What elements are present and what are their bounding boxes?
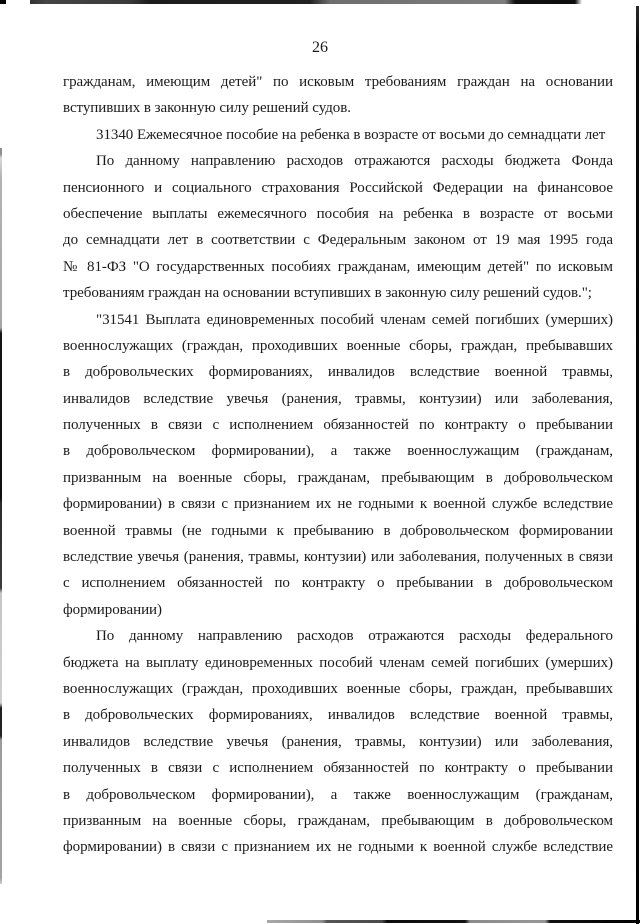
- text-line: в добровольческом формировании), а также…: [63, 782, 613, 808]
- text-line: призванным на военные сборы, гражданам, …: [63, 808, 613, 834]
- text-line: вследствие увечья (ранения, травмы, конт…: [63, 544, 613, 570]
- text-line: инвалидов вследствие увечья (ранения, тр…: [63, 729, 613, 755]
- text-line: формировании) в связи с признанием их не…: [63, 834, 613, 860]
- text-line: требованиям граждан на основании вступив…: [63, 280, 613, 306]
- text-line: № 81-ФЗ "О государственных пособиях граж…: [63, 254, 613, 280]
- text-line: с исполнением обязанностей по контракту …: [63, 570, 613, 596]
- text-line: в добровольческом формировании), а также…: [63, 438, 613, 464]
- text-line: формировании): [63, 597, 613, 623]
- text-line: в добровольческих формированиях, инвалид…: [63, 702, 613, 728]
- text-line: 31340 Ежемесячное пособие на ребенка в в…: [63, 122, 613, 148]
- scan-artifact-left-edge: [0, 148, 2, 884]
- text-line: военнослужащих (граждан, проходивших вое…: [63, 333, 613, 359]
- text-line: в добровольческих формированиях, инвалид…: [63, 359, 613, 385]
- text-line: вступивших в законную силу решений судов…: [63, 95, 613, 121]
- text-line: гражданам, имеющим детей" по исковым тре…: [63, 69, 613, 95]
- text-line: военнослужащих (граждан, проходивших вое…: [63, 676, 613, 702]
- text-line: призванным на военные сборы, гражданам, …: [63, 465, 613, 491]
- scan-artifact-bottom-edge: [267, 920, 640, 923]
- text-line: полученных в связи с исполнением обязанн…: [63, 755, 613, 781]
- text-line: военной травмы (не годными к пребыванию …: [63, 518, 613, 544]
- text-line: пенсионного и социального страхования Ро…: [63, 175, 613, 201]
- text-line: бюджета на выплату единовременных пособи…: [63, 650, 613, 676]
- text-line: "31541 Выплата единовременных пособий чл…: [63, 307, 613, 333]
- text-line: По данному направлению расходов отражают…: [63, 148, 613, 174]
- scan-artifact-right-edge: [636, 6, 639, 924]
- text-line: По данному направлению расходов отражают…: [63, 623, 613, 649]
- text-line: полученных в связи с исполнением обязанн…: [63, 412, 613, 438]
- text-line: формировании) в связи с признанием их не…: [63, 491, 613, 517]
- text-block: гражданам, имеющим детей" по исковым тре…: [63, 69, 613, 861]
- page-number: 26: [0, 39, 640, 57]
- scan-artifact-top-edge: [0, 0, 640, 4]
- text-line: инвалидов вследствие увечья (ранения, тр…: [63, 386, 613, 412]
- document-page: 26 гражданам, имеющим детей" по исковым …: [0, 0, 640, 924]
- text-line: до семнадцати лет в соответствии с Федер…: [63, 227, 613, 253]
- text-line: обеспечение выплаты ежемесячного пособия…: [63, 201, 613, 227]
